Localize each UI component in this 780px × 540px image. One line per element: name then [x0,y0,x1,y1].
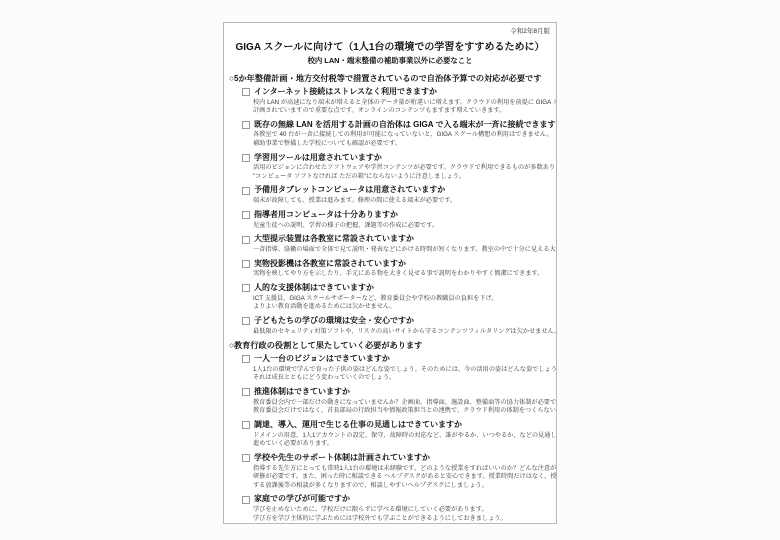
checklist-item: 調達、導入、運用で生じる仕事の見通しはできていますか ドメインの用意、1人1アカ… [242,420,551,449]
checklist-item-head: 調達、導入、運用で生じる仕事の見通しはできていますか [242,420,551,431]
checklist-item: 実物投影機は各教室に常設されていますか 実物を映してやり方を示したり、手元にある… [242,259,551,279]
checkbox-icon [242,421,250,429]
item-note-line: 指導する先生方にとっても常時1人1台の環境は未経験です。どのような授業をすればい… [253,465,551,474]
item-note-line: それは成長とともにどう変わっていくのでしょう。 [253,374,551,383]
checklist-item: 学習用ツールは用意されていますか 活用のビジョンに合わせたソフトウェアや学習コン… [242,153,551,182]
checklist-item: 推進体制はできていますか 教育委員会内で一部だけの動きになっていませんか？企画面… [242,387,551,416]
checklist-item-notes: 教育委員会内で一部だけの動きになっていませんか？企画面、指導面、施設面、整備面等… [253,399,551,416]
item-note-line: する放課後等の相談が多くなりますので、相談しやすいヘルプデスクにしましょう。 [253,482,551,491]
checklist-item-notes: 1人1台の環境で学んで育った子供の姿はどんな姿でしょう。そのためには、今の活用の… [253,366,551,383]
checklist-item: 家庭での学びが可能ですか 学びを止めないために、学校だけに限らずに学べる環境にし… [242,494,551,523]
checklist-item-head: 指導者用コンピュータは十分ありますか [242,210,551,221]
item-note-line: 端末が故障しても、授業は進みます。修理の間に使える端末が必要です。 [253,197,551,206]
checklist-item-label: インターネット接続はストレスなく利用できますか [254,87,437,98]
checklist-item: 一人一台のビジョンはできていますか 1人1台の環境で学んで育った子供の姿はどんな… [242,354,551,383]
checklist-item-head: 人的な支援体制はできていますか [242,283,551,294]
checkbox-icon [242,496,250,504]
item-note-line: 児童生徒への説明、学習の様子の把握、課題等の作成に必要です。 [253,222,551,231]
checklist-item: 予備用タブレットコンピュータは用意されていますか 端末が故障しても、授業は進みま… [242,185,551,205]
checklist-item-label: 推進体制はできていますか [254,387,350,398]
checkbox-icon [242,454,250,462]
checklist-item: 子どもたちの学びの環境は安全・安心ですか 最低限のセキュリティ対策ソフトや、リス… [242,316,551,336]
item-note-line: 最低限のセキュリティ対策ソフトや、リスクの高いサイトから守るコンテンツフィルタリ… [253,328,551,337]
item-note-line: ICT 支援員、GIGA スクールサポーターなど、教育委員会や学校の教職員の負担… [253,295,551,304]
document-canvas: 令和2年8月版 GIGA スクールに向けて（1人1台の環境での学習をすすめるため… [0,0,780,540]
checklist-item-head: 学習用ツールは用意されていますか [242,153,551,164]
checkbox-icon [242,284,250,292]
checklist-item-label: 子どもたちの学びの環境は安全・安心ですか [254,316,414,327]
checklist-item: 大型提示装置は各教室に常設されていますか 一斉指導、協働の場面で全体で見て説明・… [242,234,551,254]
section-heading: ○教育行政の役割として果たしていく必要があります [229,340,551,351]
checklist-sections: ○5か年整備計画・地方交付税等で措置されているので自治体予算での対応が必要です … [229,69,551,524]
checklist-item-label: 家庭での学びが可能ですか [254,494,350,505]
checklist-item-head: 学校や先生のサポート体制は計画されていますか [242,453,551,464]
document-page: 令和2年8月版 GIGA スクールに向けて（1人1台の環境での学習をすすめるため… [223,22,557,524]
section-items: インターネット接続はストレスなく利用できますか 校内 LAN が高速になり端末が… [229,87,551,336]
checklist-item-notes: 最低限のセキュリティ対策ソフトや、リスクの高いサイトから守るコンテンツフィルタリ… [253,328,551,337]
checkbox-icon [242,154,250,162]
checkbox-icon [242,236,250,244]
checklist-item-notes: 校内 LAN が高速になり端末が増えると全体のデータ量が桁違いに増えます。クラウ… [253,99,551,116]
checklist-item: 既存の無線 LAN を活用する計画の自治体は GIGA で入る端末が一斉に接続で… [242,120,551,149]
checklist-item: 指導者用コンピュータは十分ありますか 児童生徒への説明、学習の様子の把握、課題等… [242,210,551,230]
checklist-item-label: 人的な支援体制はできていますか [254,283,374,294]
checklist-item-notes: 一斉指導、協働の場面で全体で見て説明・発表などにかける時間が短くなります。教室の… [253,246,551,255]
checklist-item-notes: 端末が故障しても、授業は進みます。修理の間に使える端末が必要です。 [253,197,551,206]
checklist-item-label: 指導者用コンピュータは十分ありますか [254,210,398,221]
checklist-item-label: 大型提示装置は各教室に常設されていますか [254,234,414,245]
edition-label: 令和2年8月版 [229,28,551,36]
item-note-line: 進めていく必要があります。 [253,440,551,449]
item-note-line: 計画されていますので重要な点です。オンラインのコンテンツもますます増えていきます… [253,107,551,116]
checklist-item-head: 家庭での学びが可能ですか [242,494,551,505]
item-note-line: 補助事業で整備した学校についても確認が必要です。 [253,140,551,149]
checklist-item-notes: 児童生徒への説明、学習の様子の把握、課題等の作成に必要です。 [253,222,551,231]
item-note-line: 一斉指導、協働の場面で全体で見て説明・発表などにかける時間が短くなります。教室の… [253,246,551,255]
checklist-section: ○教育行政の役割として果たしていく必要があります 一人一台のビジョンはできていま… [229,340,551,523]
item-note-line: ドメインの用意、1人1アカウントの設定、保守、故障時の対応など、誰がやるか、いつ… [253,432,551,441]
checklist-item-notes: 指導する先生方にとっても常時1人1台の環境は未経験です。どのような授業をすればい… [253,465,551,491]
item-note-line: 教育委員会だけではなく、首長部局の行政担当や情報政策担当との連携で、クラウド利用… [253,407,551,416]
checklist-section: ○5か年整備計画・地方交付税等で措置されているので自治体予算での対応が必要です … [229,73,551,336]
checklist-item-head: 推進体制はできていますか [242,387,551,398]
item-note-line: 活用のビジョンに合わせたソフトウェアや学習コンテンツが必要です。クラウドで利用で… [253,164,551,173]
checkbox-icon [242,187,250,195]
checkbox-icon [242,355,250,363]
checkbox-icon [242,121,250,129]
checklist-item-label: 学習用ツールは用意されていますか [254,153,382,164]
section-heading: ○5か年整備計画・地方交付税等で措置されているので自治体予算での対応が必要です [229,73,551,84]
item-note-line: 研修が必要です。また、困った時に相談できる ヘルプデスクがあると安心できます。授… [253,473,551,482]
item-note-line: 各教室で 40 台が一斉に接続しての利用が可能になっていないと、GIGA スクー… [253,131,551,140]
checklist-item: 学校や先生のサポート体制は計画されていますか 指導する先生方にとっても常時1人1… [242,453,551,490]
checklist-item-label: 一人一台のビジョンはできていますか [254,354,390,365]
item-note-line: 学び方を学び主体的に学ぶためには学校外でも学ぶことができるようにしておきましょう… [253,515,551,524]
checklist-item-head: 子どもたちの学びの環境は安全・安心ですか [242,316,551,327]
checkbox-icon [242,211,250,219]
checklist-item-label: 既存の無線 LAN を活用する計画の自治体は GIGA で入る端末が一斉に接続で… [254,120,557,131]
checklist-item-notes: ICT 支援員、GIGA スクールサポーターなど、教育委員会や学校の教職員の負担… [253,295,551,312]
checklist-item-notes: ドメインの用意、1人1アカウントの設定、保守、故障時の対応など、誰がやるか、いつ… [253,432,551,449]
item-note-line: 校内 LAN が高速になり端末が増えると全体のデータ量が桁違いに増えます。クラウ… [253,99,551,108]
checklist-item: 人的な支援体制はできていますか ICT 支援員、GIGA スクールサポーターなど… [242,283,551,312]
item-note-line: "コンピュータ ソフトなければ ただの箱"にならないように注意しましょう。 [253,173,551,182]
checkbox-icon [242,260,250,268]
item-note-line: 学びを止めないために、学校だけに限らずに学べる環境にしていく必要があります。 [253,506,551,515]
checklist-item-label: 調達、導入、運用で生じる仕事の見通しはできていますか [254,420,462,431]
checkbox-icon [242,317,250,325]
document-title: GIGA スクールに向けて（1人1台の環境での学習をすすめるために） [229,38,551,53]
document-subtitle: 校内 LAN・端末整備の補助事業以外に必要なこと [229,55,551,66]
checklist-item-label: 実物投影機は各教室に常設されていますか [254,259,406,270]
checklist-item-head: 一人一台のビジョンはできていますか [242,354,551,365]
checklist-item-head: インターネット接続はストレスなく利用できますか [242,87,551,98]
checklist-item-head: 実物投影機は各教室に常設されていますか [242,259,551,270]
checklist-item-notes: 活用のビジョンに合わせたソフトウェアや学習コンテンツが必要です。クラウドで利用で… [253,164,551,181]
checkbox-icon [242,388,250,396]
checklist-item-head: 予備用タブレットコンピュータは用意されていますか [242,185,551,196]
checklist-item-notes: 実物を映してやり方を示したり、手元にある物を大きく見せる事で説明をわかりやすく簡… [253,270,551,279]
checklist-item-label: 学校や先生のサポート体制は計画されていますか [254,453,430,464]
checklist-item-notes: 各教室で 40 台が一斉に接続しての利用が可能になっていないと、GIGA スクー… [253,131,551,148]
checkbox-icon [242,88,250,96]
checklist-item-label: 予備用タブレットコンピュータは用意されていますか [254,185,445,196]
checklist-item-notes: 学びを止めないために、学校だけに限らずに学べる環境にしていく必要があります。学び… [253,506,551,523]
checklist-item: インターネット接続はストレスなく利用できますか 校内 LAN が高速になり端末が… [242,87,551,116]
item-note-line: 実物を映してやり方を示したり、手元にある物を大きく見せる事で説明をわかりやすく簡… [253,270,551,279]
checklist-item-head: 大型提示装置は各教室に常設されていますか [242,234,551,245]
checklist-item-head: 既存の無線 LAN を活用する計画の自治体は GIGA で入る端末が一斉に接続で… [242,120,551,131]
section-items: 一人一台のビジョンはできていますか 1人1台の環境で学んで育った子供の姿はどんな… [229,354,551,523]
item-note-line: よりよい教育活動を進めるためには欠かせません。 [253,303,551,312]
